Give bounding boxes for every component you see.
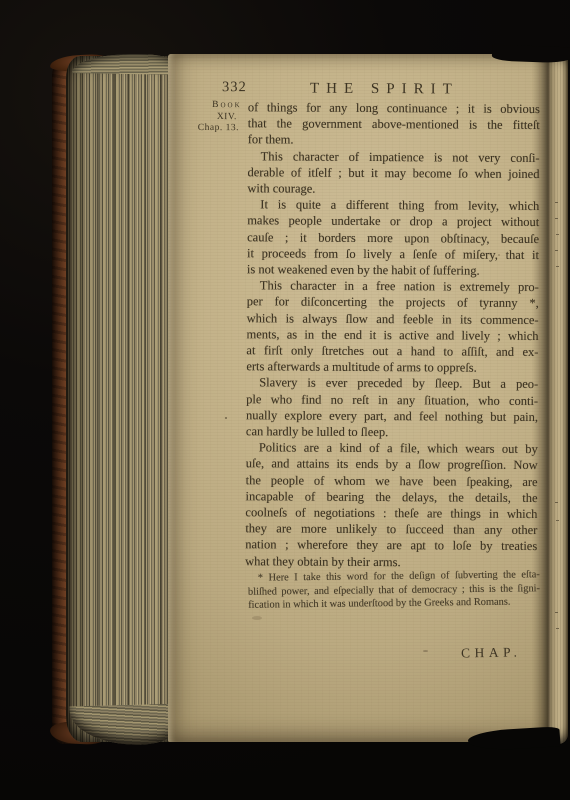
body-line: coolneſs of negotiations : theſe are thi… [245,504,537,522]
margin-note-book: Book [200,100,254,112]
body-line: This character of impatience is not very… [248,148,540,166]
body-line: they are more unlikely to ſucceed than a… [245,521,537,539]
page-edges-stack [66,56,174,742]
body-line: incapable of bearing the delays, the det… [245,488,537,506]
body-line: per for diſconcerting the projects of ty… [247,294,539,312]
body-line: can hardly be lulled to ſleep. [246,423,538,441]
body-line: This character in a free nation is extre… [247,277,539,295]
book-page: 332 THE SPIRIT Book XIV. Chap. 13. of th… [168,54,548,742]
body-line: derable of itſelf ; but it may become ſo… [247,164,539,182]
catchword: CHAP. [460,644,521,661]
body-line: nation ; wherefore they are apt to loſe … [245,537,537,555]
body-line: which is always ſlow and feeble in its c… [247,310,539,328]
body-line: It is quite a different thing from levit… [247,196,539,214]
photo-background: 332 THE SPIRIT Book XIV. Chap. 13. of th… [0,0,570,800]
body-line: Politics are a kind of a file, which wea… [246,440,538,458]
body-line: cauſe ; it borders more upon obſtinacy, … [247,229,539,247]
margin-note-chapter: Chap. 13. [198,123,254,135]
body-line: erts afterwards a multitude of arms to o… [246,358,538,376]
footnote: * Here I take this word for the deſign o… [248,568,540,613]
body-line: it proceeds from ſo lively a ſenſe of mi… [247,245,539,263]
body-line: nually explore every part, and feel noth… [246,407,538,425]
body-line: of things for any long continuance ; it … [248,99,540,117]
body-text: of things for any long continuance ; it … [245,99,540,571]
margin-note: Book XIV. Chap. 13. [200,100,254,135]
gutter-shadow [532,54,548,742]
body-line: makes people undertake or drop a project… [247,213,539,231]
body-line: Slavery is ever preceded by ſleep. But a… [246,375,538,393]
running-title: THE SPIRIT [310,81,459,99]
opposite-page-edge [548,52,568,744]
body-line: is not weakened even by the habit of ſuf… [247,261,539,279]
margin-note-book-number: XIV. [200,111,254,123]
body-line: ple who find no reſt in any ſituation, w… [246,391,538,409]
body-line: with courage. [247,180,539,198]
page-number: 332 [222,79,247,96]
body-line: ments, as in the end it is active and li… [246,326,538,344]
body-line: the people of whom we have been ſpeaking… [246,472,538,490]
body-line: at firſt only ſtretches out a hand to aſ… [246,342,538,360]
printed-area: 332 THE SPIRIT Book XIV. Chap. 13. of th… [164,54,548,744]
page-header: 332 THE SPIRIT [168,79,548,101]
body-line: uſe, and attains its ends by a ſlow prog… [246,456,538,474]
body-line: for them. [248,132,540,150]
body-line: that the government above-mentioned is t… [248,115,540,133]
